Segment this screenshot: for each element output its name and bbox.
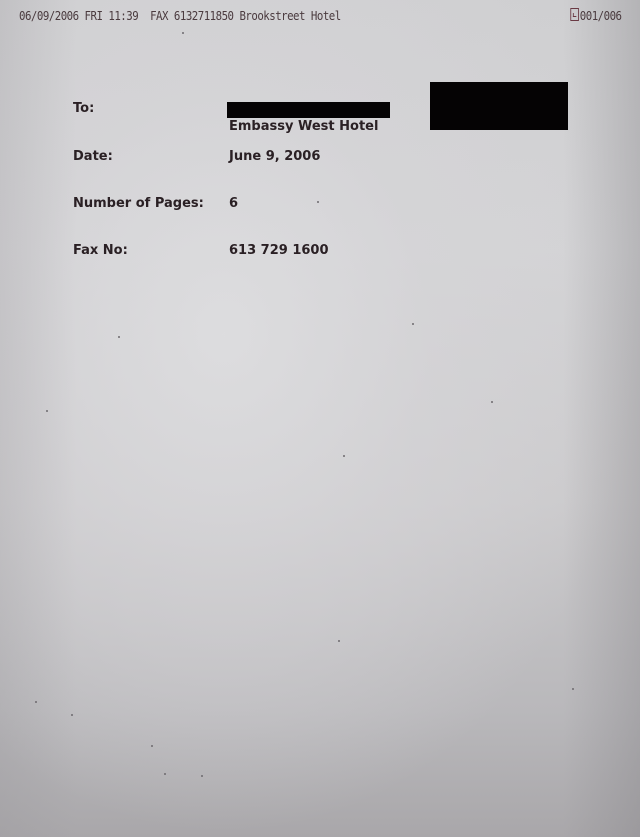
- top-right-redaction: [430, 82, 568, 130]
- to-label: To:: [73, 101, 94, 116]
- date-label: Date:: [73, 149, 113, 164]
- cover-sheet: To: Embassy West Hotel Date: June 9, 200…: [0, 0, 640, 837]
- recipient-organization: Embassy West Hotel: [229, 119, 378, 134]
- pages-label: Number of Pages:: [73, 196, 204, 211]
- recipient-name-redaction: [227, 102, 390, 118]
- fax-number-label: Fax No:: [73, 243, 128, 258]
- date-value: June 9, 2006: [229, 149, 320, 164]
- fax-number-value: 613 729 1600: [229, 243, 329, 258]
- pages-value: 6: [229, 196, 238, 211]
- fax-page: 06/09/2006 FRI 11:39 FAX 6132711850 Broo…: [0, 0, 640, 837]
